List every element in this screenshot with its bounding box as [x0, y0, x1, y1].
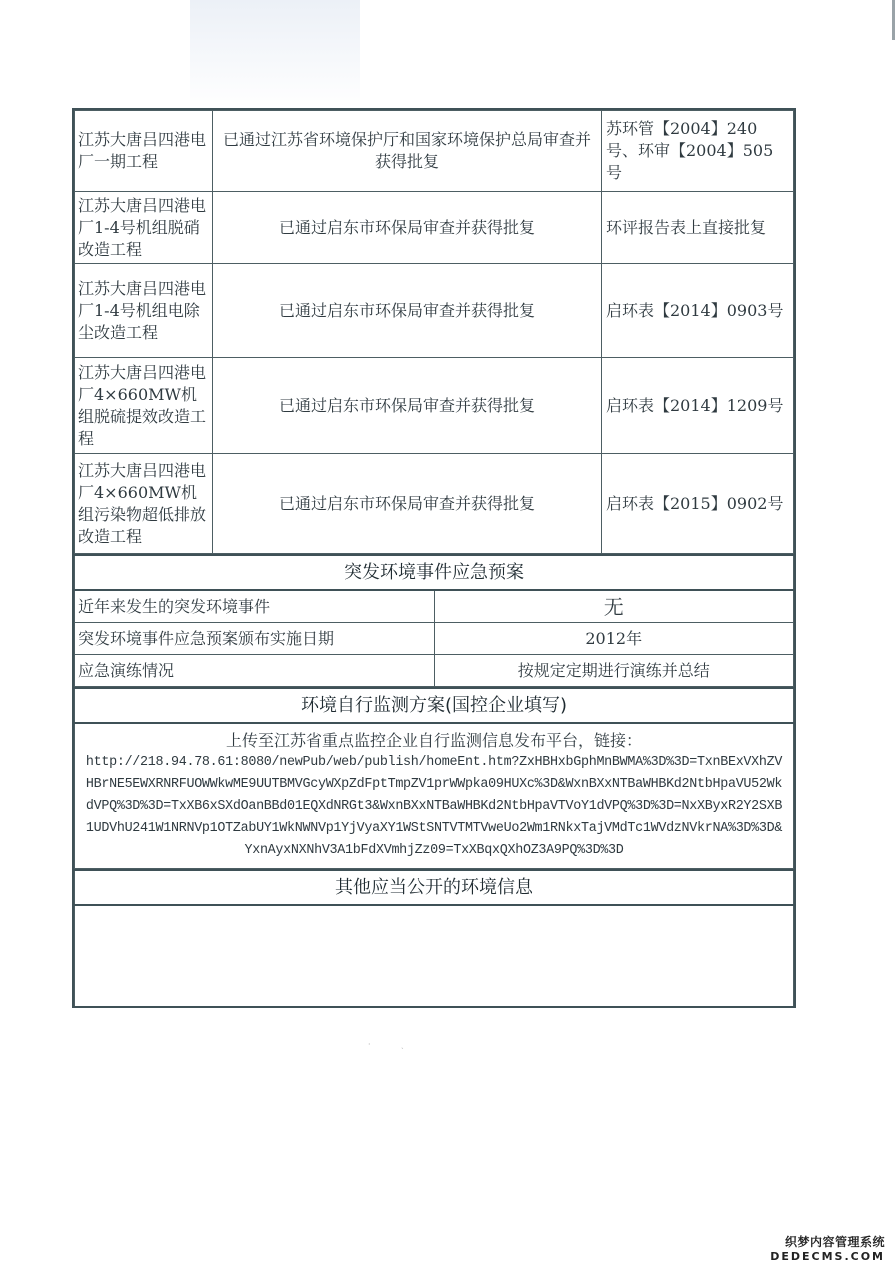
- project-name: 江苏大唐吕四港电厂1-4号机组电除尘改造工程: [75, 264, 213, 358]
- project-row: 江苏大唐吕四港电厂1-4号机组电除尘改造工程 已通过启东市环保局审查并获得批复 …: [75, 264, 794, 358]
- emergency-label: 突发环境事件应急预案颁布实施日期: [75, 623, 435, 655]
- environmental-disclosure-table: 江苏大唐吕四港电厂一期工程 已通过江苏省环境保护厅和国家环境保护总局审查并获得批…: [72, 108, 796, 1008]
- approval-status: 已通过启东市环保局审查并获得批复: [213, 192, 602, 264]
- emergency-label: 应急演练情况: [75, 655, 435, 687]
- section-header: 突发环境事件应急预案: [75, 555, 794, 590]
- emergency-plan-section: 突发环境事件应急预案 近年来发生的突发环境事件 无 突发环境事件应急预案颁布实施…: [74, 554, 794, 687]
- project-approvals: 江苏大唐吕四港电厂一期工程 已通过江苏省环境保护厅和国家环境保护总局审查并获得批…: [75, 111, 794, 554]
- watermark-en: DEDECMS.COM: [770, 1250, 885, 1263]
- emergency-value: 无: [434, 590, 794, 623]
- other-info-title: 其他应当公开的环境信息: [75, 870, 794, 905]
- project-row: 江苏大唐吕四港电厂一期工程 已通过江苏省环境保护厅和国家环境保护总局审查并获得批…: [75, 111, 794, 192]
- project-name: 江苏大唐吕四港电厂一期工程: [75, 111, 213, 192]
- monitoring-link[interactable]: http://218.94.78.61:8080/newPub/web/publ…: [83, 752, 785, 862]
- emergency-value: 按规定定期进行演练并总结: [434, 655, 794, 687]
- other-info-content: [75, 905, 794, 1006]
- monitoring-cell: 上传至江苏省重点监控企业自行监测信息发布平台，链接： http://218.94…: [75, 723, 794, 869]
- monitoring-section: 环境自行监测方案(国控企业填写) 上传至江苏省重点监控企业自行监测信息发布平台，…: [74, 687, 794, 869]
- project-row: 江苏大唐吕四港电厂1-4号机组脱硝改造工程 已通过启东市环保局审查并获得批复 环…: [75, 192, 794, 264]
- scan-specks: · ˎ: [368, 1040, 404, 1049]
- project-name: 江苏大唐吕四港电厂1-4号机组脱硝改造工程: [75, 192, 213, 264]
- section-header: 其他应当公开的环境信息: [75, 870, 794, 905]
- approval-status: 已通过江苏省环境保护厅和国家环境保护总局审查并获得批复: [213, 111, 602, 192]
- approval-reference: 启环表【2014】0903号: [602, 264, 794, 358]
- other-info-body: [75, 905, 794, 1006]
- project-name: 江苏大唐吕四港电厂4×660MW机组污染物超低排放改造工程: [75, 454, 213, 554]
- project-row: 江苏大唐吕四港电厂4×660MW机组污染物超低排放改造工程 已通过启东市环保局审…: [75, 454, 794, 554]
- emergency-row: 应急演练情况 按规定定期进行演练并总结: [75, 655, 794, 687]
- emergency-row: 突发环境事件应急预案颁布实施日期 2012年: [75, 623, 794, 655]
- approval-status: 已通过启东市环保局审查并获得批复: [213, 264, 602, 358]
- approval-status: 已通过启东市环保局审查并获得批复: [213, 358, 602, 454]
- monitoring-intro: 上传至江苏省重点监控企业自行监测信息发布平台，链接：: [83, 730, 785, 752]
- project-name: 江苏大唐吕四港电厂4×660MW机组脱硫提效改造工程: [75, 358, 213, 454]
- approval-status: 已通过启东市环保局审查并获得批复: [213, 454, 602, 554]
- project-row: 江苏大唐吕四港电厂4×660MW机组脱硫提效改造工程 已通过启东市环保局审查并获…: [75, 358, 794, 454]
- emergency-value: 2012年: [434, 623, 794, 655]
- approval-reference: 苏环管【2004】240号、环审【2004】505号: [602, 111, 794, 192]
- approval-reference: 启环表【2014】1209号: [602, 358, 794, 454]
- scan-shading: [190, 0, 360, 110]
- emergency-plan-title: 突发环境事件应急预案: [75, 555, 794, 590]
- emergency-label: 近年来发生的突发环境事件: [75, 590, 435, 623]
- section-header: 环境自行监测方案(国控企业填写): [75, 688, 794, 723]
- monitoring-content: 上传至江苏省重点监控企业自行监测信息发布平台，链接： http://218.94…: [75, 723, 794, 869]
- monitoring-title: 环境自行监测方案(国控企业填写): [75, 688, 794, 723]
- watermark: 织梦内容管理系统 DEDECMS.COM: [770, 1233, 885, 1263]
- emergency-row: 近年来发生的突发环境事件 无: [75, 590, 794, 623]
- approval-reference: 环评报告表上直接批复: [602, 192, 794, 264]
- approval-reference: 启环表【2015】0902号: [602, 454, 794, 554]
- other-info-section: 其他应当公开的环境信息: [74, 869, 794, 1006]
- watermark-cn: 织梦内容管理系统: [770, 1233, 885, 1250]
